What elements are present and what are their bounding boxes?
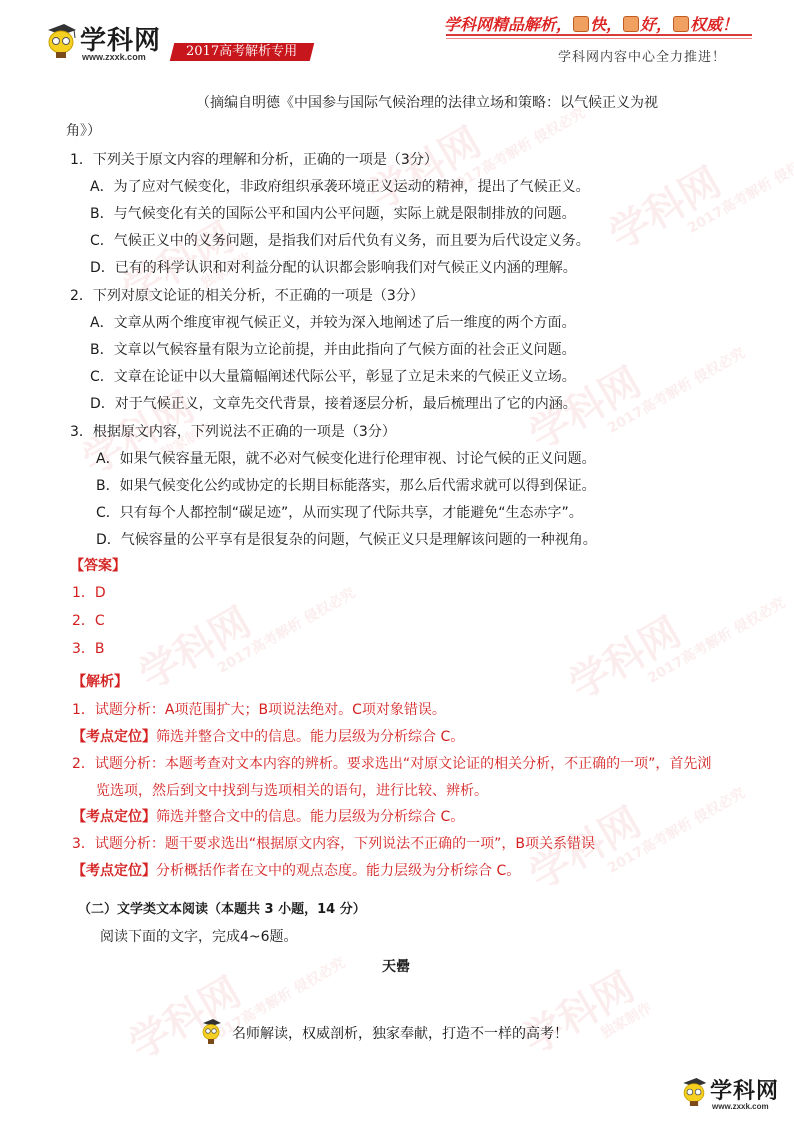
question-1-option-c: C．气候正义中的义务问题，是指我们对后代负有义务，而且要为后代设定义务。 xyxy=(90,232,590,250)
watermark: 学科网独家制作 xyxy=(511,953,656,1077)
question-2-option-b: B．文章以气候容量有限为立论前提，并由此指向了气候方面的社会正义问题。 xyxy=(90,341,576,359)
zxxk-logo: 学科网 www.zxxk.com xyxy=(44,18,164,64)
footer-logo: 学科网 www.zxxk.com xyxy=(680,1074,790,1114)
question-2-option-c: C．文章在论证中以大量篇幅阐述代际公平，彰显了立足未来的气候正义立场。 xyxy=(90,368,576,386)
thumbs-up-icon xyxy=(573,16,589,32)
divider xyxy=(446,38,752,39)
question-2-option-a: A．文章从两个维度审视气候正义，并较为深入地阐述了后一维度的两个方面。 xyxy=(90,314,576,332)
analysis-q3-point: 【考点定位】分析概括作者在文中的观点态度。能力层级为分析综合 C。 xyxy=(72,862,520,880)
analysis-q1-point: 【考点定位】筛选并整合文中的信息。能力层级为分析综合 C。 xyxy=(72,728,464,746)
page-header: 学科网 www.zxxk.com 2017高考解析专用 学科网精品解析，快，好，… xyxy=(0,0,794,80)
source-citation-cont: 角》） xyxy=(66,122,101,140)
thumbs-up-icon xyxy=(673,16,689,32)
question-3-option-c: C．只有每个人都控制“碳足迹”，从而实现了代际共享，才能避免“生态赤字”。 xyxy=(96,504,583,522)
thumbs-up-icon xyxy=(623,16,639,32)
question-3-option-b: B．如果气候变化公约或协定的长期目标能落实，那么后代需求就可以得到保证。 xyxy=(96,477,596,495)
logo-url: www.zxxk.com xyxy=(82,52,146,62)
answer-1: 1．D xyxy=(72,584,106,602)
mascot-icon xyxy=(200,1018,222,1046)
footer-logo-text: 学科网 xyxy=(710,1074,779,1105)
question-3-option-d: D．气候容量的公平享有是很复杂的问题，气候正义只是理解该问题的一种视角。 xyxy=(96,531,597,549)
source-citation: （摘编自明德《中国参与国际气候治理的法律立场和策略：以气候正义为视 xyxy=(196,94,658,112)
question-3-stem: 3．根据原文内容，下列说法不正确的一项是（3分） xyxy=(70,423,396,441)
section-2-instruction: 阅读下面的文字，完成4~6题。 xyxy=(100,928,298,946)
analysis-q1: 1．试题分析：A项范围扩大；B项说法绝对。C项对象错误。 xyxy=(72,701,446,719)
answer-2: 2．C xyxy=(72,612,105,630)
header-subslogan: 学科网内容中心全力推进！ xyxy=(558,46,726,65)
section-2-heading: （二）文学类文本阅读（本题共 3 小题，14 分） xyxy=(78,901,366,919)
question-3-option-a: A．如果气候容量无限，就不必对气候变化进行伦理审视、讨论气候的正义问题。 xyxy=(96,450,596,468)
divider xyxy=(446,34,752,36)
question-2-stem: 2．下列对原文论证的相关分析，不正确的一项是（3分） xyxy=(70,287,424,305)
analysis-heading: 【解析】 xyxy=(72,673,128,691)
mascot-icon xyxy=(680,1076,708,1108)
watermark: 学科网2017高考解析 侵权必究 xyxy=(597,98,794,272)
passage-title: 天罍 xyxy=(382,958,410,976)
watermark: 学科网2017高考解析 侵权必究 xyxy=(127,538,358,712)
footer-logo-url: www.zxxk.com xyxy=(712,1102,769,1111)
question-1-stem: 1．下列关于原文内容的理解和分析，正确的一项是（3分） xyxy=(70,151,438,169)
answer-heading: 【答案】 xyxy=(70,557,126,575)
watermark: 学科网2017高考解析 侵权必究 xyxy=(557,548,788,722)
answer-3: 3．B xyxy=(72,640,105,658)
question-2-option-d: D．对于气候正义，文章先交代背景，接着逐层分析，最后梳理出了它的内涵。 xyxy=(90,395,577,413)
analysis-q3: 3．试题分析：题干要求选出“根据原文内容，下列说法不正确的一项”，B项关系错误 xyxy=(72,835,595,853)
question-1-option-a: A．为了应对气候变化，非政府组织承袭环境正义运动的精神，提出了气候正义。 xyxy=(90,178,590,196)
mascot-icon xyxy=(44,22,78,60)
analysis-q2-line1: 2．试题分析：本题考查对文本内容的辨析。要求选出“对原文论证的相关分析，不正确的… xyxy=(72,755,711,773)
exam-banner: 2017高考解析专用 xyxy=(170,43,314,61)
analysis-q2-line2: 览选项，然后到文中找到与选项相关的语句，进行比较、辨析。 xyxy=(96,782,488,800)
question-1-option-d: D．已有的科学认识和对利益分配的认识都会影响我们对气候正义内涵的理解。 xyxy=(90,259,577,277)
question-1-option-b: B．与气候变化有关的国际公平和国内公平问题，实际上就是限制排放的问题。 xyxy=(90,205,576,223)
header-slogan: 学科网精品解析，快，好，权威！ xyxy=(444,12,738,35)
analysis-q2-point: 【考点定位】筛选并整合文中的信息。能力层级为分析综合 C。 xyxy=(72,808,464,826)
